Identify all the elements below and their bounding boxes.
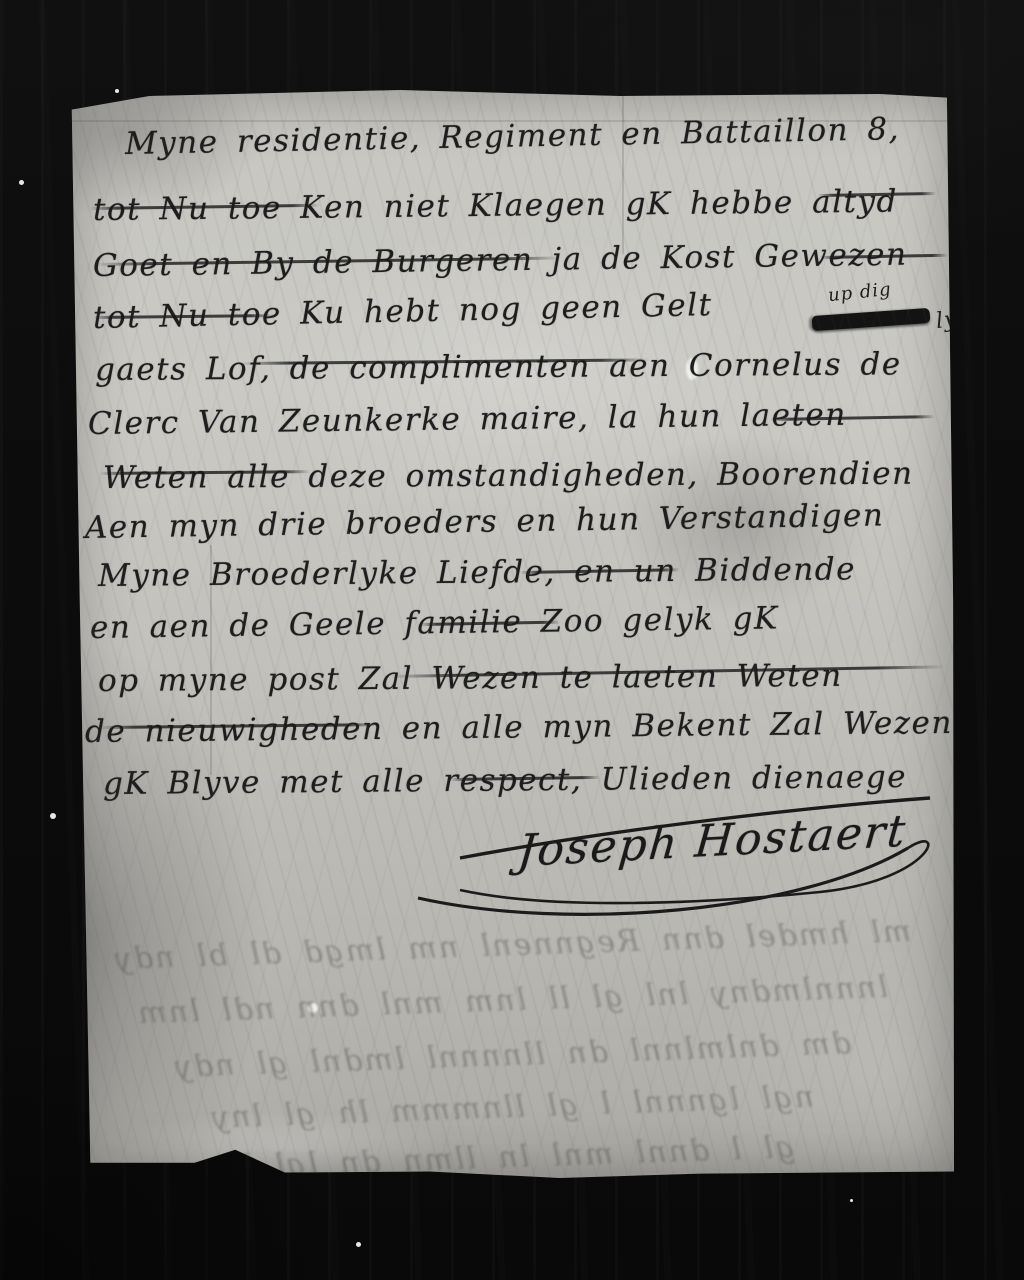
letter-line: op myne post Zal Wezen te laeten Weten [98,658,843,699]
scanned-letter-photo: Myne residentie, Regiment en Battaillon … [0,0,1024,1280]
dust-speck [50,813,56,819]
dust-speck [356,1242,361,1247]
letter-line: Aen myn drie broeders en hun Verstandige… [85,497,885,546]
letter-paper: Myne residentie, Regiment en Battaillon … [70,90,954,1178]
after-blackout-letters: ly [935,307,959,334]
letter-line: Myne Broederlyke Liefde, en un Biddende [98,551,856,594]
letter-line: gaets Lof, de complimenten aen Cornelus … [95,346,902,388]
letter-line: tot Nu toe Ku hebt nog geen Gelt [93,287,713,336]
letter-line: Clerc Van Zeunkerke maire, la hun laeten [88,397,847,442]
letter-line: Myne residentie, Regiment en Battaillon … [125,111,901,162]
interlinear-insertion: up dig [827,279,892,307]
dust-speck [115,89,119,93]
scribbled-out-word [812,308,931,331]
letter-line: Weten alle deze omstandigheden, Boorendi… [103,456,914,496]
dust-speck [850,1199,853,1202]
dust-speck [19,180,24,185]
